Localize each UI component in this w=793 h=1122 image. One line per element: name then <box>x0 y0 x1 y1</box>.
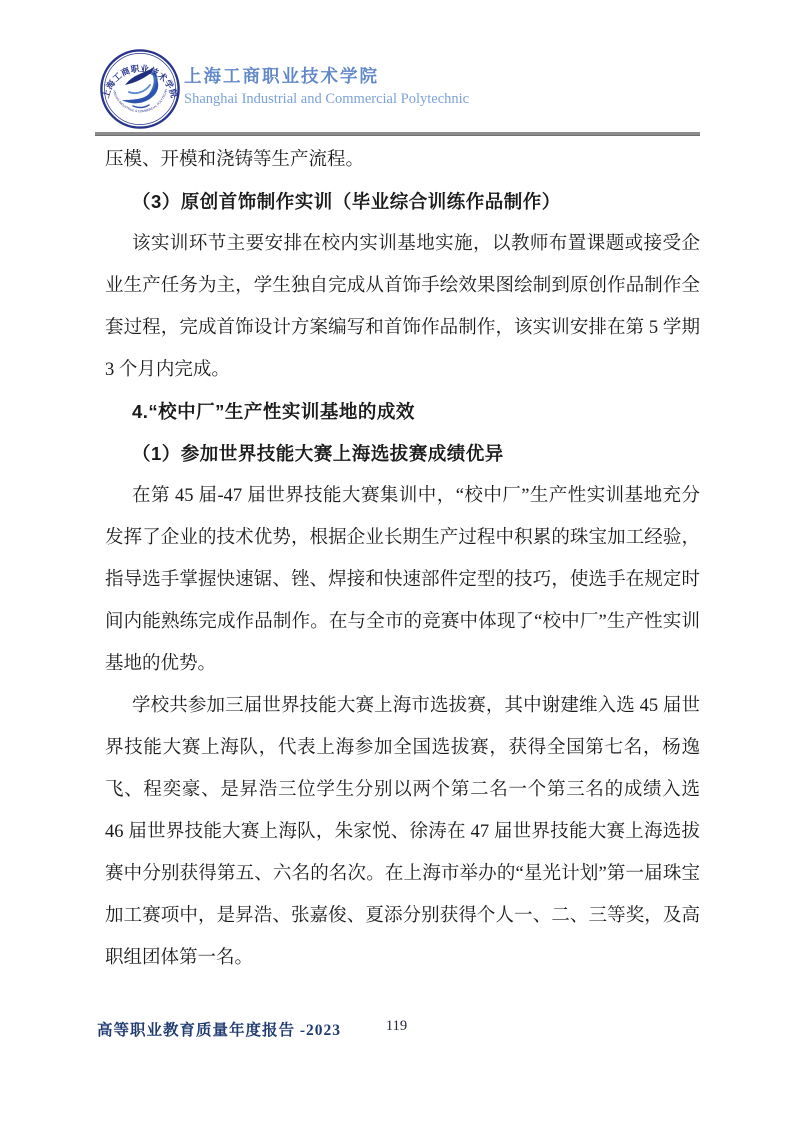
school-name-english: Shanghai Industrial and Commercial Polyt… <box>184 88 469 110</box>
header-divider-rule <box>95 132 700 136</box>
heading-original-jewelry-training: （3）原创首饰制作实训（毕业综合训练作品制作） <box>105 181 700 223</box>
footer-page-number: 119 <box>0 1018 793 1035</box>
document-body: 压模、开模和浇铸等生产流程。 （3）原创首饰制作实训（毕业综合训练作品制作） 该… <box>105 139 700 979</box>
document-page: 上海工商职业技术学院 SHANGHAI INDUSTRIAL & COMMERC… <box>0 0 793 1122</box>
school-name-block: 上海工商职业技术学院 Shanghai Industrial and Comme… <box>184 64 469 110</box>
heading-worldskills-selection: （1）参加世界技能大赛上海选拔赛成绩优异 <box>105 433 700 475</box>
paragraph-competition-achievements: 学校共参加三届世界技能大赛上海市选拔赛，其中谢建维入选 45 届世界技能大赛上海… <box>105 685 700 979</box>
page-footer: 高等职业教育质量年度报告 -2023 119 <box>0 1014 793 1048</box>
school-seal-icon: 上海工商职业技术学院 SHANGHAI INDUSTRIAL & COMMERC… <box>100 49 180 129</box>
school-name-chinese: 上海工商职业技术学院 <box>184 64 469 88</box>
paragraph-worldskills-training: 在第 45 届-47 届世界技能大赛集训中，“校中厂”生产性实训基地充分发挥了企… <box>105 475 700 685</box>
paragraph-training-arrangement: 该实训环节主要安排在校内实训基地实施，以教师布置课题或接受企业生产任务为主，学生… <box>105 223 700 391</box>
heading-factory-in-school-results: 4.“校中厂”生产性实训基地的成效 <box>105 391 700 433</box>
page-header: 上海工商职业技术学院 SHANGHAI INDUSTRIAL & COMMERC… <box>0 0 793 134</box>
paragraph-continuation: 压模、开模和浇铸等生产流程。 <box>105 139 700 181</box>
school-logo: 上海工商职业技术学院 SHANGHAI INDUSTRIAL & COMMERC… <box>100 49 180 129</box>
